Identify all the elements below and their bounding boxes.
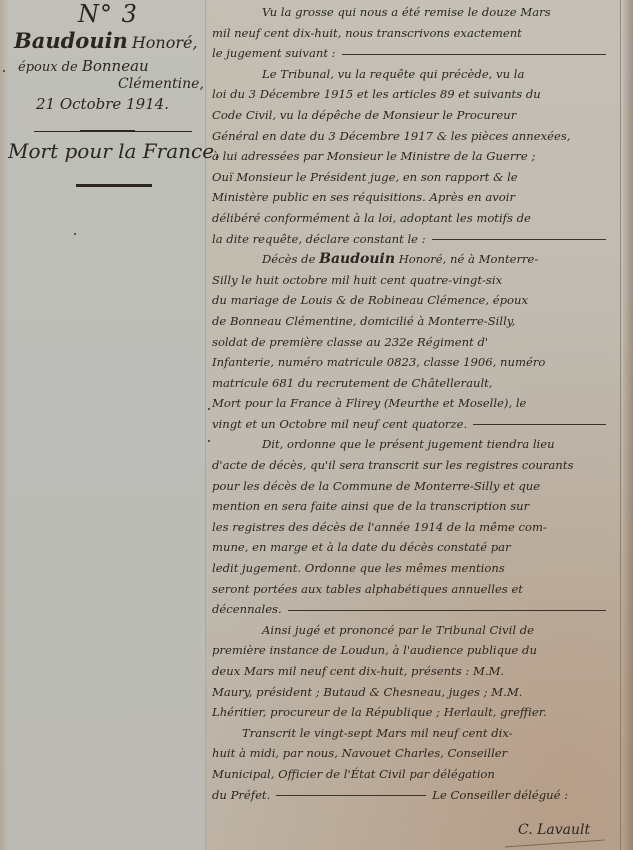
text-line-content: deux Mars mil neuf cent dix-huit, présen… (212, 664, 504, 678)
text-line-content: vingt et un Octobre mil neuf cent quator… (212, 417, 467, 431)
text-line-content: ledit jugement. Ordonne que les mêmes me… (212, 561, 505, 575)
fill-rule (288, 610, 606, 611)
text-line-content: loi du 3 Décembre 1915 et les articles 8… (212, 87, 541, 101)
text-line-content: Infanterie, numéro matricule 0823, class… (212, 355, 545, 369)
text-line: première instance de Loudun, à l'audienc… (212, 640, 614, 661)
text-line-content: huit à midi, par nous, Navouet Charles, … (212, 746, 507, 760)
text-line: matricule 681 du recrutement de Châtelle… (212, 373, 614, 394)
text-line: mil neuf cent dix-huit, nous transcrivon… (212, 23, 614, 44)
text-line-content: mil neuf cent dix-huit, nous transcrivon… (212, 26, 522, 40)
text-line: Général en date du 3 Décembre 1917 & les… (212, 126, 614, 147)
text-line: du mariage de Louis & de Robineau Clémen… (212, 290, 614, 311)
text-line: Maury, président ; Butaud & Chesneau, ju… (212, 682, 614, 703)
fill-rule (276, 795, 426, 796)
text-line-content: d'acte de décès, qu'il sera transcrit su… (212, 458, 573, 472)
text-line-content: le jugement suivant : (212, 46, 336, 60)
deceased-name: BaudouinHonoré, (14, 28, 198, 53)
text-line: pour les décès de la Commune de Monterre… (212, 476, 614, 497)
text-line: soldat de première classe au 232e Régime… (212, 332, 614, 353)
text-line: le jugement suivant : (212, 43, 614, 64)
text-line: Ministère public en ses réquisitions. Ap… (212, 187, 614, 208)
text-line: vingt et un Octobre mil neuf cent quator… (212, 414, 614, 435)
text-line: Dit, ordonne que le présent jugement tie… (212, 434, 614, 455)
text-line: Infanterie, numéro matricule 0823, class… (212, 352, 614, 373)
text-line: Ouï Monsieur le Président juge, en son r… (212, 167, 614, 188)
text-line-content: Vu la grosse qui nous a été remise le do… (262, 5, 551, 19)
text-line-content: Silly le huit octobre mil huit cent quat… (212, 273, 502, 287)
text-line: Mort pour la France à Flirey (Meurthe et… (212, 393, 614, 414)
margin-rule-bottom (76, 184, 152, 187)
ink-dot (74, 233, 76, 235)
fill-rule (342, 54, 606, 55)
text-line-content: soldat de première classe au 232e Régime… (212, 335, 488, 349)
right-binding-edge (623, 0, 633, 850)
judgment-transcription: Vu la grosse qui nous a été remise le do… (212, 2, 614, 805)
register-page: N° 3 BaudouinHonoré, époux de Bonneau Cl… (0, 0, 633, 850)
fill-rule (473, 424, 606, 425)
text-line: seront portées aux tables alphabétiques … (212, 579, 614, 600)
text-line-content: mention en sera faite ainsi que de la tr… (212, 499, 529, 513)
text-line: d'acte de décès, qu'il sera transcrit su… (212, 455, 614, 476)
text-line: mune, en marge et à la date du décès con… (212, 537, 614, 558)
text-line-content: Ainsi jugé et prononcé par le Tribunal C… (262, 623, 534, 637)
signature-flourish (505, 840, 605, 848)
text-line-content: à lui adressées par Monsieur le Ministre… (212, 149, 535, 163)
text-line-content: la dite requête, déclare constant le : (212, 232, 426, 246)
text-line: les registres des décès de l'année 1914 … (212, 517, 614, 538)
text-line: Le Tribunal, vu la requête qui précède, … (212, 64, 614, 85)
left-paper-edge (0, 0, 8, 850)
text-line: huit à midi, par nous, Navouet Charles, … (212, 743, 614, 764)
text-line-content: Décès de Baudouin Honoré, né à Monterre- (262, 252, 538, 266)
text-line: loi du 3 Décembre 1915 et les articles 8… (212, 84, 614, 105)
text-line-content: Ouï Monsieur le Président juge, en son r… (212, 170, 518, 184)
text-line-content: décennales. (212, 602, 282, 616)
text-line-content: première instance de Loudun, à l'audienc… (212, 643, 537, 657)
text-line-content: pour les décès de la Commune de Monterre… (212, 479, 540, 493)
text-line: Décès de Baudouin Honoré, né à Monterre- (212, 249, 614, 270)
text-line-content: Transcrit le vingt-sept Mars mil neuf ce… (242, 726, 513, 740)
text-line-content: Municipal, Officier de l'État Civil par … (212, 767, 495, 781)
text-line-content: les registres des décès de l'année 1914 … (212, 520, 547, 534)
deceased-surname: Baudouin (14, 28, 128, 53)
text-line-content: de Bonneau Clémentine, domicilié à Monte… (212, 314, 515, 328)
text-line: Lhéritier, procureur de la République ; … (212, 702, 614, 723)
text-line: du Préfet.Le Conseiller délégué : (212, 785, 614, 806)
signatory-title: Le Conseiller délégué : (432, 788, 568, 802)
fill-rule (432, 239, 606, 240)
text-line: Code Civil, vu la dépêche de Monsieur le… (212, 105, 614, 126)
text-line: Municipal, Officier de l'État Civil par … (212, 764, 614, 785)
text-line: de Bonneau Clémentine, domicilié à Monte… (212, 311, 614, 332)
text-line: mention en sera faite ainsi que de la tr… (212, 496, 614, 517)
text-line: à lui adressées par Monsieur le Ministre… (212, 146, 614, 167)
spouse-line: époux de Bonneau (18, 57, 149, 75)
text-line-content: Mort pour la France à Flirey (Meurthe et… (212, 396, 526, 410)
margin-column (0, 0, 206, 850)
text-line-content: Général en date du 3 Décembre 1917 & les… (212, 129, 570, 143)
right-edge-line (620, 0, 621, 850)
text-line-content: matricule 681 du recrutement de Châtelle… (212, 376, 493, 390)
text-line: Vu la grosse qui nous a été remise le do… (212, 2, 614, 23)
text-line-content: Dit, ordonne que le présent jugement tie… (262, 437, 555, 451)
spouse-given-name: Clémentine, (118, 76, 204, 92)
officer-signature: C. Lavault (518, 822, 590, 838)
text-line-content: du Préfet. (212, 788, 270, 802)
text-line-content: délibéré conformément à la loi, adoptant… (212, 211, 531, 225)
spouse-prefix: époux de (18, 60, 78, 75)
text-line: Transcrit le vingt-sept Mars mil neuf ce… (212, 723, 614, 744)
text-line-content: Lhéritier, procureur de la République ; … (212, 705, 547, 719)
spouse-surname: Bonneau (82, 57, 149, 75)
text-line-content: du mariage de Louis & de Robineau Clémen… (212, 293, 528, 307)
mort-pour-la-france-mention: Mort pour la France. (8, 139, 220, 163)
act-number: N° 3 (78, 0, 138, 28)
ink-dot (3, 70, 5, 72)
text-line: ledit jugement. Ordonne que les mêmes me… (212, 558, 614, 579)
text-line-content: Le Tribunal, vu la requête qui précède, … (262, 67, 524, 81)
text-line-content: Code Civil, vu la dépêche de Monsieur le… (212, 108, 516, 122)
deceased-surname-inline: Baudouin (319, 251, 395, 267)
text-line: deux Mars mil neuf cent dix-huit, présen… (212, 661, 614, 682)
margin-rule-thick (80, 130, 135, 132)
text-line-content: Ministère public en ses réquisitions. Ap… (212, 190, 515, 204)
margin-fold-line (205, 0, 206, 850)
text-line: Silly le huit octobre mil huit cent quat… (212, 270, 614, 291)
deceased-given-name: Honoré, (132, 33, 198, 52)
text-line: Ainsi jugé et prononcé par le Tribunal C… (212, 620, 614, 641)
ink-dot (208, 408, 210, 410)
text-line: délibéré conformément à la loi, adoptant… (212, 208, 614, 229)
text-line-content: mune, en marge et à la date du décès con… (212, 540, 511, 554)
death-date: 21 Octobre 1914. (36, 95, 169, 113)
text-line: décennales. (212, 599, 614, 620)
text-line-content: seront portées aux tables alphabétiques … (212, 582, 523, 596)
text-line-content: Maury, président ; Butaud & Chesneau, ju… (212, 685, 522, 699)
text-line: la dite requête, déclare constant le : (212, 229, 614, 250)
ink-dot (208, 440, 210, 442)
